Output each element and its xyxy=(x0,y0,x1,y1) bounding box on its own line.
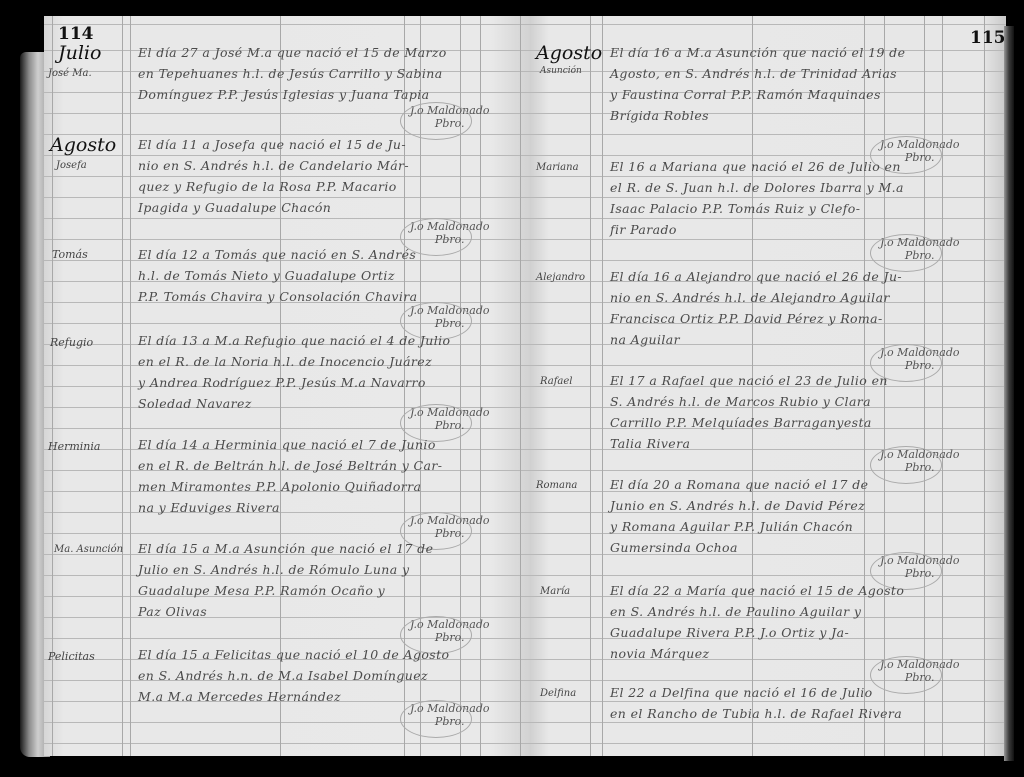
entry-name: María xyxy=(540,586,570,597)
entry-name: Rafael xyxy=(540,376,573,387)
page-number: 115 xyxy=(970,28,1006,48)
entry-text: El día 20 a Romana que nació el 17 de Ju… xyxy=(610,474,868,558)
entry-text: El día 13 a M.a Refugio que nació el 4 d… xyxy=(138,330,450,414)
month-label: Agosto xyxy=(50,134,116,156)
entry-text: El día 22 a María que nació el 15 de Ago… xyxy=(610,580,904,664)
entry-name: Josefa xyxy=(56,160,87,171)
entry-name: Delfina xyxy=(540,688,576,699)
signature: J.o MaldonadoPbro. xyxy=(410,220,489,246)
entry-name: Asunción xyxy=(540,66,582,76)
entry-name: Herminia xyxy=(48,440,100,453)
entry-text: El día 11 a Josefa que nació el 15 de Ju… xyxy=(138,134,409,218)
entry-name: Alejandro xyxy=(536,272,585,283)
left-page: 114 Julio José Ma. El día 27 a José M.a … xyxy=(44,16,530,756)
entry-text: El 17 a Rafael que nació el 23 de Julio … xyxy=(610,370,888,454)
entry-text: El día 15 a Felicitas que nació el 10 de… xyxy=(138,644,449,707)
entry-text: El día 16 a M.a Asunción que nació el 19… xyxy=(610,42,905,126)
signature: J.o MaldonadoPbro. xyxy=(880,658,959,684)
signature: J.o MaldonadoPbro. xyxy=(410,304,489,330)
entry-name: Mariana xyxy=(536,162,579,173)
month-label: Julio xyxy=(58,42,101,64)
signature: J.o MaldonadoPbro. xyxy=(410,618,489,644)
signature: J.o MaldonadoPbro. xyxy=(410,406,489,432)
signature: J.o MaldonadoPbro. xyxy=(880,448,959,474)
entry-text: El día 12 a Tomás que nació en S. Andrés… xyxy=(138,244,417,307)
entry-text: El día 16 a Alejandro que nació el 26 de… xyxy=(610,266,902,350)
entry-text: El día 15 a M.a Asunción que nació el 17… xyxy=(138,538,433,622)
month-label: Agosto xyxy=(536,42,602,64)
entry-text: El 22 a Delfina que nació el 16 de Julio… xyxy=(610,682,902,724)
signature: J.o MaldonadoPbro. xyxy=(880,346,959,372)
entry-text: El 16 a Mariana que nació el 26 de Julio… xyxy=(610,156,904,240)
entry-name: Romana xyxy=(536,480,577,491)
entry-text: El día 14 a Herminia que nació el 7 de J… xyxy=(138,434,442,518)
book-right-edge xyxy=(1004,26,1014,761)
signature: J.o MaldonadoPbro. xyxy=(410,514,489,540)
entry-name: Ma. Asunción xyxy=(54,544,123,555)
entry-text: El día 27 a José M.a que nació el 15 de … xyxy=(138,42,447,105)
ledger-book: 114 Julio José Ma. El día 27 a José M.a … xyxy=(14,12,1014,764)
signature: J.o MaldonadoPbro. xyxy=(880,236,959,262)
page-number: 114 xyxy=(58,24,94,44)
entry-name: Refugio xyxy=(50,336,93,349)
signature: J.o MaldonadoPbro. xyxy=(880,554,959,580)
signature: J.o MaldonadoPbro. xyxy=(410,104,489,130)
entry-name: Pelicitas xyxy=(48,650,95,663)
entry-name: José Ma. xyxy=(48,68,92,79)
entry-name: Tomás xyxy=(52,248,88,261)
right-page: 115 Agosto Asunción El día 16 a M.a Asun… xyxy=(530,16,1006,756)
signature: J.o MaldonadoPbro. xyxy=(410,702,489,728)
